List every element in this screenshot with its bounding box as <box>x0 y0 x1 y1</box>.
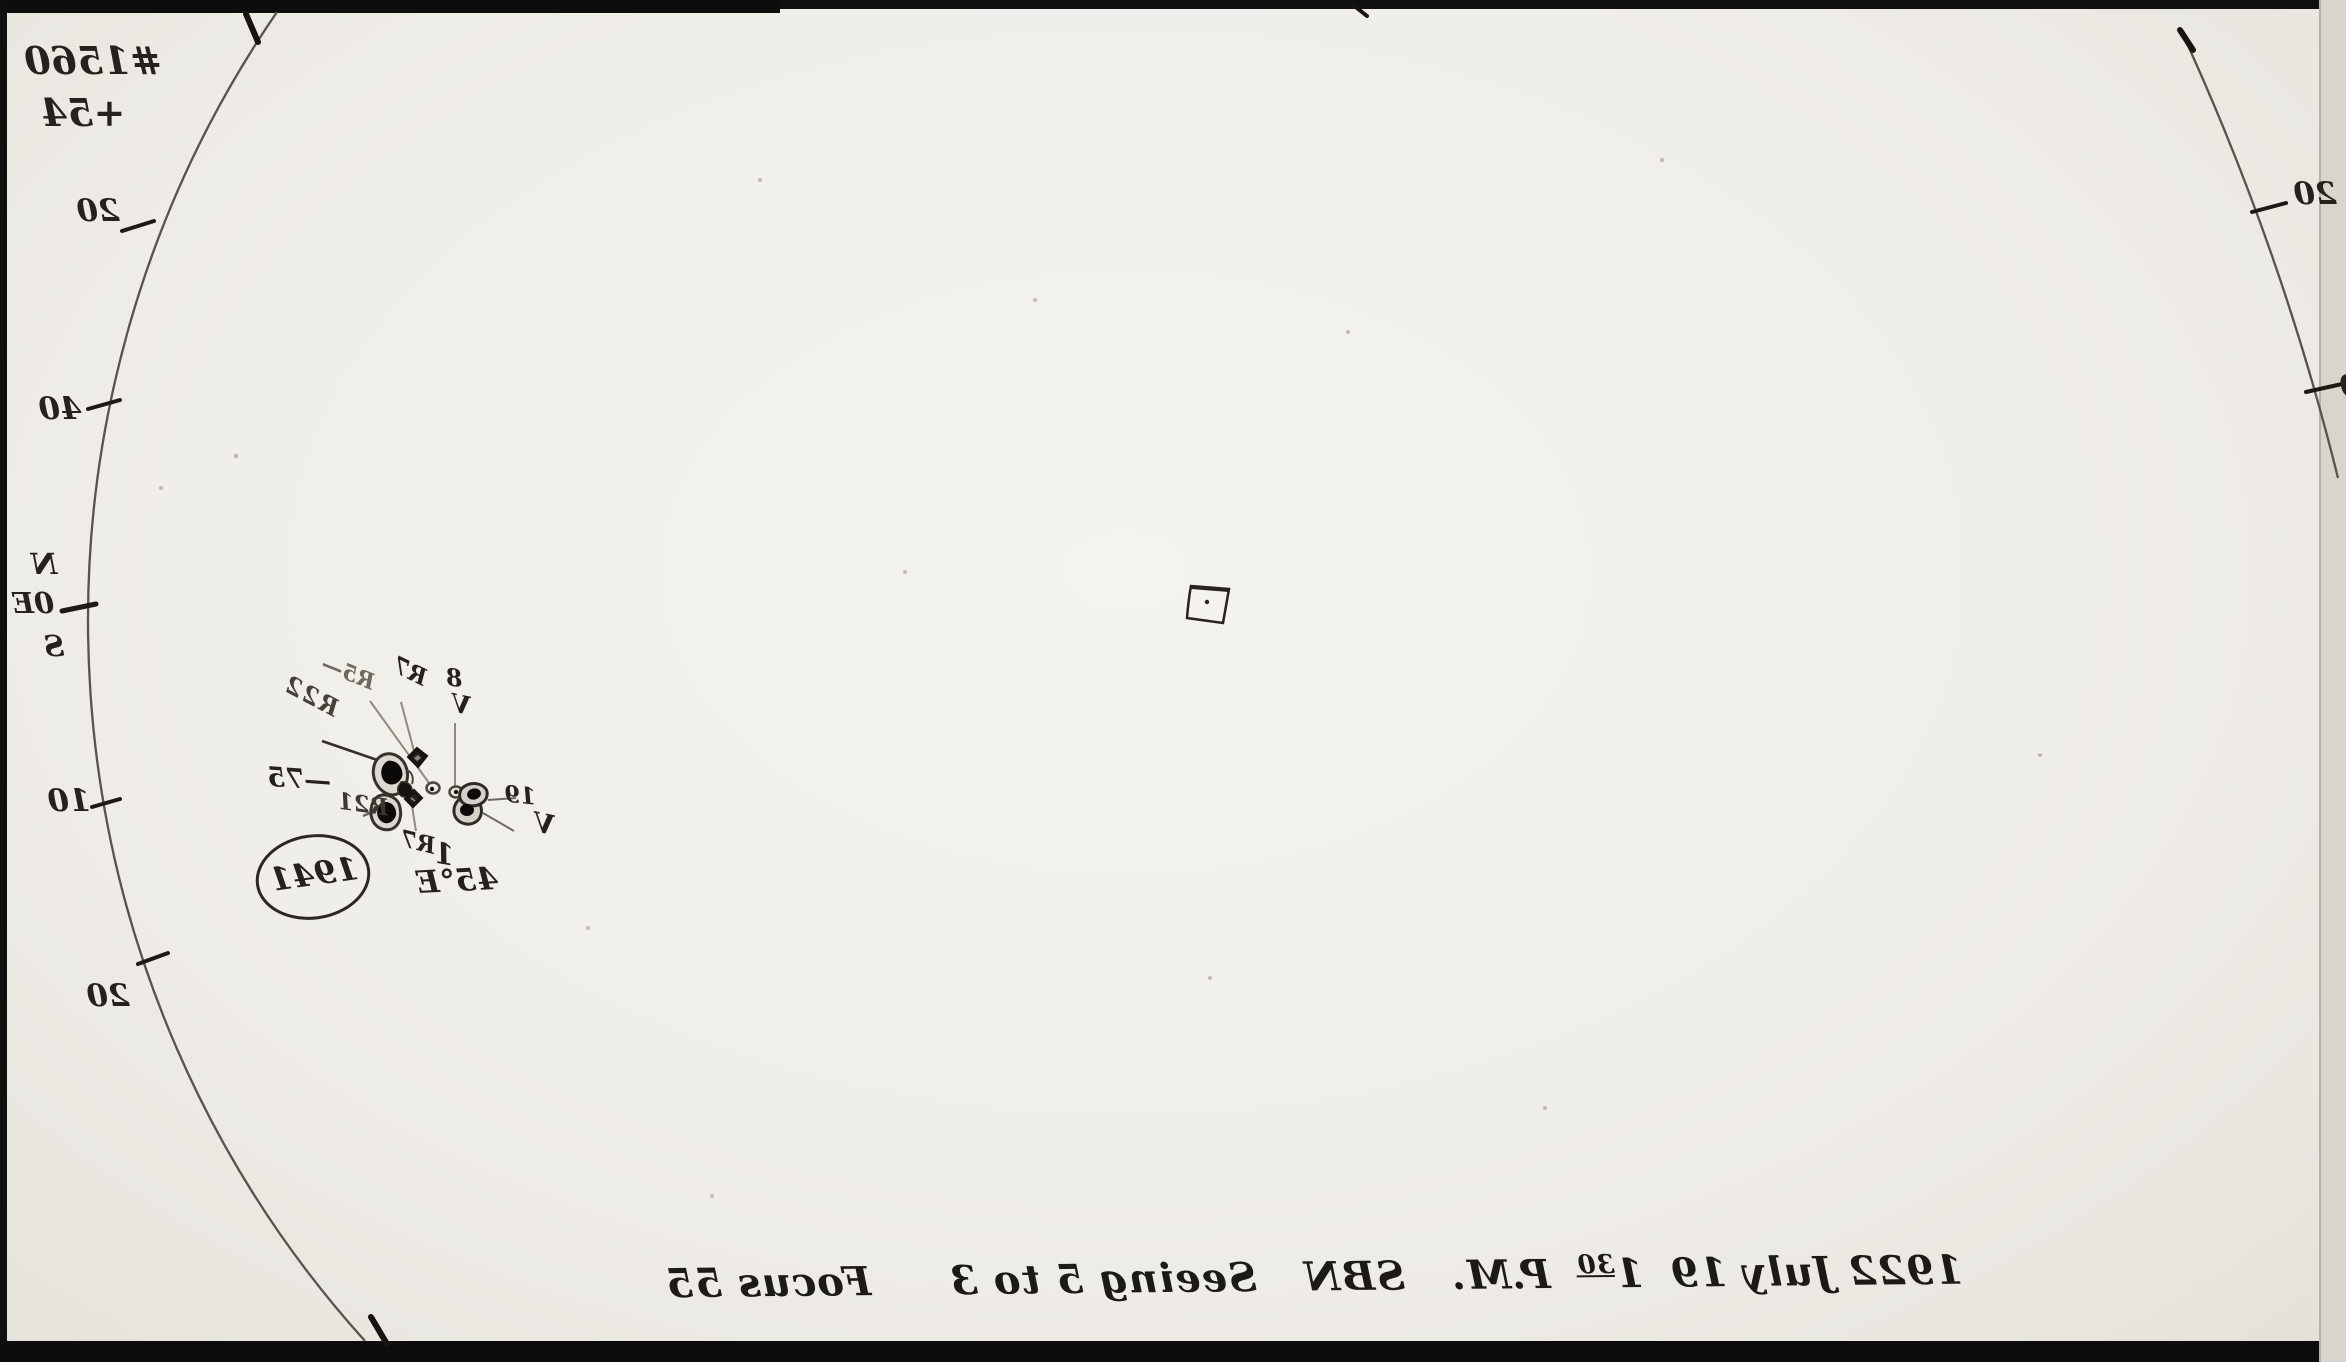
limb-label-left-40: 40 <box>34 394 86 425</box>
center-square <box>1187 586 1229 623</box>
leader-r22 <box>322 741 383 762</box>
drawing-number: #1560 <box>18 42 168 80</box>
leader-v19-b <box>483 813 514 831</box>
record-observer: SBN <box>1303 1252 1406 1300</box>
record-minutes: 30 <box>1576 1250 1614 1280</box>
pole-mark-top-right <box>2180 30 2193 50</box>
limb-label-north: N <box>26 550 62 579</box>
polarity-label-v19-digits: 19 <box>501 782 539 809</box>
polarity-label-v8-letter: V <box>445 689 478 719</box>
limb-label-left-20n: 20 <box>72 196 124 227</box>
tick-left-20n <box>122 221 154 231</box>
pole-mark-bottom-left <box>371 1317 387 1344</box>
tick-right-20 <box>2252 203 2286 212</box>
secondary-number: +54 <box>24 94 142 132</box>
record-seeing: Seeing 5 to 3 <box>949 1254 1257 1304</box>
position-label-45e: 45°E <box>401 863 512 900</box>
limb-label-south: S <box>36 632 72 661</box>
record-focus: Focus 55 <box>665 1258 872 1307</box>
paper-edge-top-left <box>0 0 780 13</box>
polarity-label-v19-letter: V <box>527 808 560 840</box>
sunspot-d-core <box>454 790 458 794</box>
limb-label-equator-east: 0E <box>4 589 62 618</box>
sunspot-e-lower-umbra <box>460 804 474 816</box>
leader-r7-upper <box>401 702 414 751</box>
record-date: 1922 July 19 <box>1669 1247 1963 1297</box>
paper-edge-bottom <box>0 1341 2346 1362</box>
sunspot-c-core <box>430 787 434 791</box>
limb-label-left-20s: 20 <box>82 981 134 1012</box>
paper-edge-left <box>0 0 7 1362</box>
sunspot-drawing-scan: #1560 +54 20 40 N 0E S 10 20 20 40 R22 R… <box>0 0 2346 1362</box>
pole-mark-top-left <box>246 14 258 42</box>
limb-arc-right <box>2180 28 2338 478</box>
limb-label-left-10s: 10 <box>44 786 94 817</box>
tick-left-equator <box>62 604 96 611</box>
limb-label-right-20: 20 <box>2288 179 2342 210</box>
tick-left-10s <box>92 799 120 807</box>
tick-left-40 <box>88 400 120 409</box>
record-hour: 1 <box>1615 1250 1644 1297</box>
limb-label-right-40: 40 <box>2334 372 2346 403</box>
record-meridiem: P.M. <box>1451 1251 1551 1299</box>
center-dot <box>1205 600 1209 604</box>
